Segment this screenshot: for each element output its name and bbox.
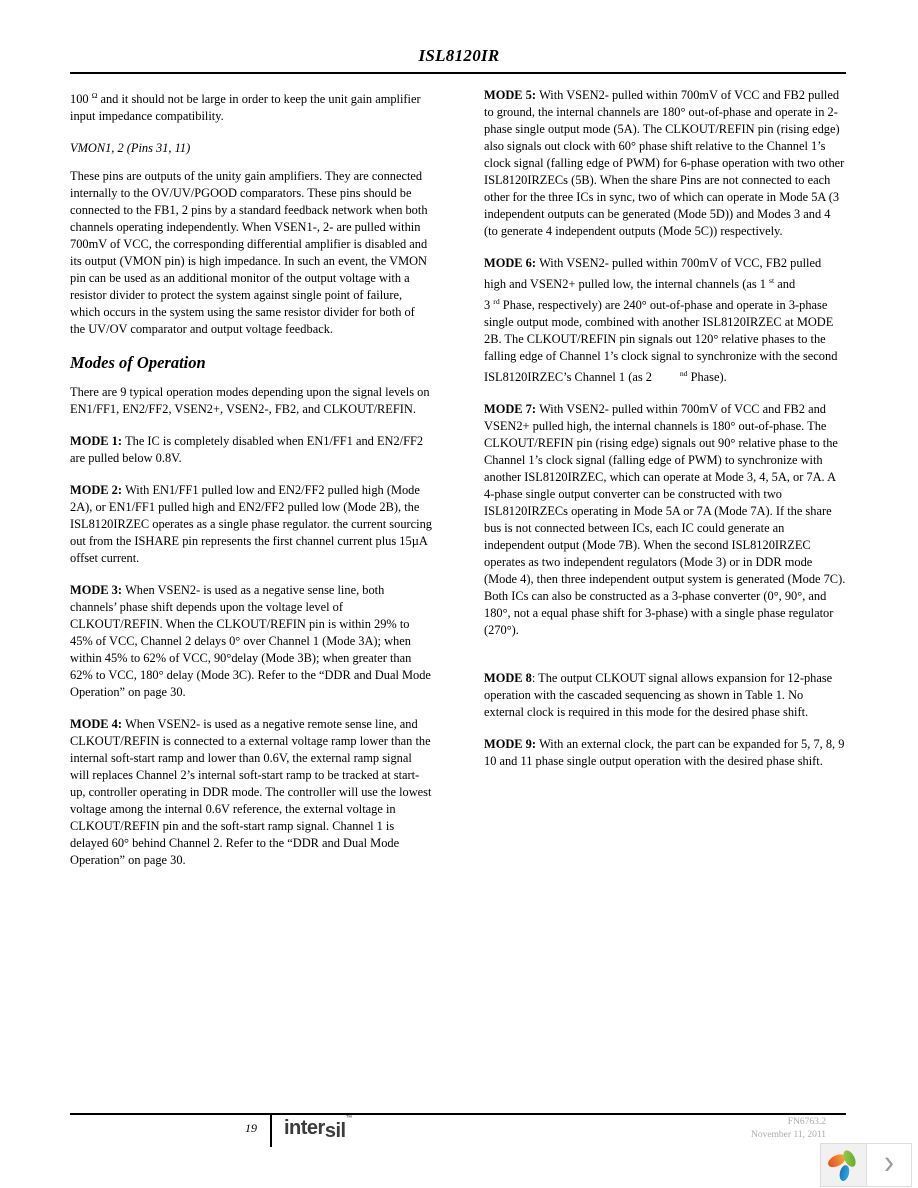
mode-9: MODE 9: With an external clock, the part… xyxy=(484,736,846,770)
heading-vmon: VMON1, 2 (Pins 31, 11) xyxy=(70,140,432,157)
text-run: With VSEN2- pulled within 700mV of VCC a… xyxy=(484,88,844,238)
doc-date: November 11, 2011 xyxy=(751,1129,826,1142)
doc-info: FN6763.2 November 11, 2011 xyxy=(751,1116,826,1141)
text-run: These pins are outputs of the unity gain… xyxy=(70,169,428,336)
right-column: MODE 5: With VSEN2- pulled within 700mV … xyxy=(484,87,846,884)
viewer-nav: › xyxy=(820,1143,912,1187)
text-run: With an external clock, the part can be … xyxy=(484,737,844,768)
para-unit-gain: 100 Ω and it should not be large in orde… xyxy=(70,87,432,125)
text-run: Phase, respectively) are 240° out-of-pha… xyxy=(484,298,837,384)
intersil-logo-text-2: sil xyxy=(325,1120,346,1142)
text-run: MODE 2: xyxy=(70,483,125,497)
text-run: MODE 8 xyxy=(484,671,532,685)
footer-divider xyxy=(270,1114,272,1147)
text-run: : The output CLKOUT signal allows expans… xyxy=(484,671,832,719)
text-run: nd xyxy=(680,369,688,378)
text-run: When VSEN2- is used as a negative remote… xyxy=(70,717,431,867)
text-run: There are 9 typical operation modes depe… xyxy=(70,385,430,416)
text-run: MODE 1: xyxy=(70,434,125,448)
content-columns: 100 Ω and it should not be large in orde… xyxy=(70,87,846,884)
chevron-right-icon: › xyxy=(884,1146,894,1181)
text-run: MODE 7: xyxy=(484,402,539,416)
doc-number: FN6763.2 xyxy=(751,1116,826,1129)
text-run: MODE 4: xyxy=(70,717,125,731)
text-run: When VSEN2- is used as a negative sense … xyxy=(70,583,431,699)
para-vmon: These pins are outputs of the unity gain… xyxy=(70,168,432,338)
header-rule xyxy=(70,72,846,74)
mode-8: MODE 8: The output CLKOUT signal allows … xyxy=(484,670,846,721)
intersil-logo-text: inter xyxy=(284,1117,325,1139)
intersil-logo: intersil™ xyxy=(284,1117,352,1140)
text-run: MODE 6: xyxy=(484,256,539,270)
mode-2: MODE 2: With EN1/FF1 pulled low and EN2/… xyxy=(70,482,432,567)
text-run: MODE 3: xyxy=(70,583,125,597)
left-column: 100 Ω and it should not be large in orde… xyxy=(70,87,432,884)
mode-4: MODE 4: When VSEN2- is used as a negativ… xyxy=(70,716,432,869)
text-run: VMON1, 2 (Pins 31, 11) xyxy=(70,141,190,155)
text-run: 100 xyxy=(70,92,92,106)
text-run: Phase). xyxy=(688,370,727,384)
mode-7: MODE 7: With VSEN2- pulled within 700mV … xyxy=(484,401,846,639)
page-number: 19 xyxy=(205,1121,257,1136)
tri-petal-logo-icon xyxy=(827,1148,861,1182)
datasheet-page: ISL8120IR 100 Ω and it should not be lar… xyxy=(0,0,918,1188)
text-run: MODE 9: xyxy=(484,737,539,751)
page-title: ISL8120IR xyxy=(0,46,918,66)
next-page-button[interactable]: › xyxy=(866,1143,912,1187)
footer-rule xyxy=(70,1113,846,1115)
mode-3: MODE 3: When VSEN2- is used as a negativ… xyxy=(70,582,432,701)
heading-modes-of-operation: Modes of Operation xyxy=(70,353,432,373)
text-run: With VSEN2- pulled within 700mV of VCC a… xyxy=(484,402,845,637)
mode-6: MODE 6: With VSEN2- pulled within 700mV … xyxy=(484,255,846,386)
text-run: Modes of Operation xyxy=(70,353,206,372)
text-run: MODE 5: xyxy=(484,88,539,102)
mode-1: MODE 1: The IC is completely disabled wh… xyxy=(70,433,432,467)
trademark-mark: ™ xyxy=(346,1115,353,1122)
para-modes-intro: There are 9 typical operation modes depe… xyxy=(70,384,432,418)
mode-5: MODE 5: With VSEN2- pulled within 700mV … xyxy=(484,87,846,240)
text-run: With EN1/FF1 pulled low and EN2/FF2 pull… xyxy=(70,483,432,565)
brand-button[interactable] xyxy=(820,1143,866,1187)
text-run: and it should not be large in order to k… xyxy=(70,92,421,123)
